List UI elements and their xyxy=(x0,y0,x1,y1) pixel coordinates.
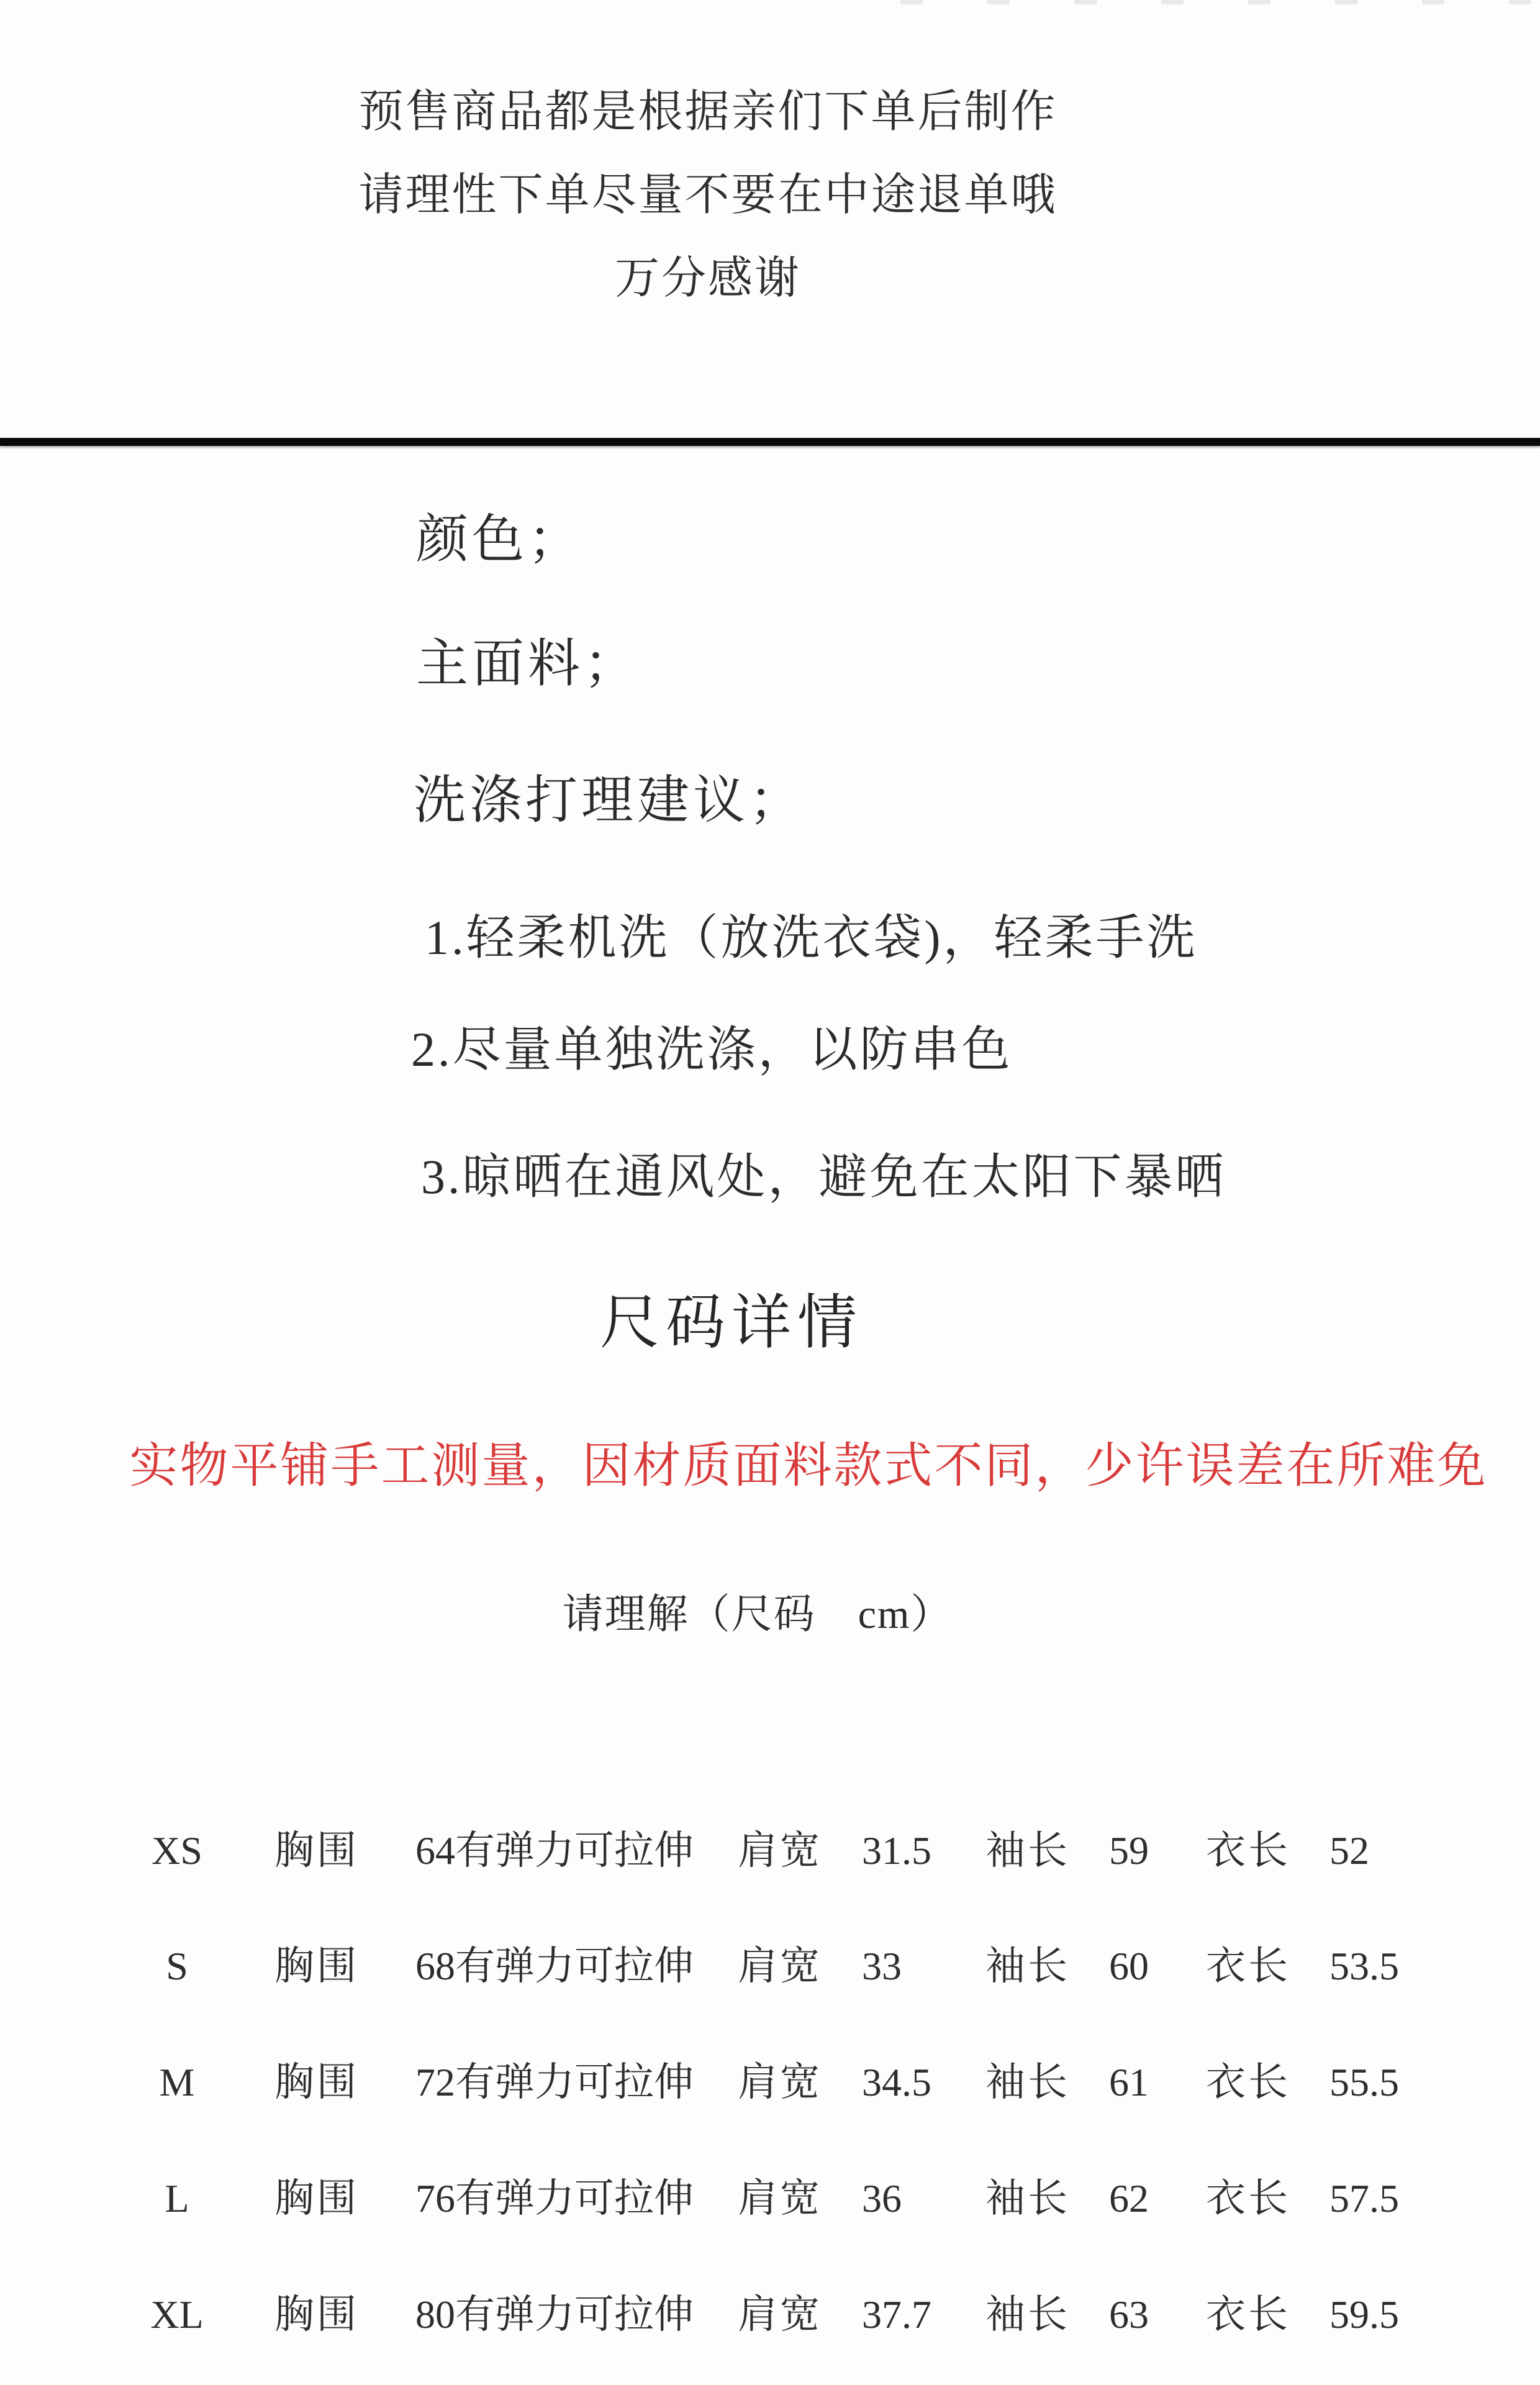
chest-value: 80有弹力可拉伸 xyxy=(415,2295,694,2335)
presale-notice-line-3: 万分感谢 xyxy=(0,237,1416,320)
presale-notice-line-1: 预售商品都是根据亲们下单后制作 xyxy=(0,70,1416,153)
shoulder-label: 肩宽 xyxy=(738,2063,822,2102)
shoulder-label: 肩宽 xyxy=(738,1947,822,1986)
chest-value: 72有弹力可拉伸 xyxy=(415,2063,694,2102)
chest-label: 胸围 xyxy=(274,2063,359,2102)
length-label: 衣长 xyxy=(1206,2179,1290,2219)
chest-value: 76有弹力可拉伸 xyxy=(415,2179,694,2219)
chest-label: 胸围 xyxy=(274,1947,359,1986)
fabric-label: 主面料； xyxy=(416,638,640,691)
length-label: 衣长 xyxy=(1206,2295,1290,2335)
product-detail-page: 预售商品都是根据亲们下单后制作 请理性下单尽量不要在中途退单哦 万分感谢 颜色；… xyxy=(0,0,1540,2385)
sleeve-label: 袖长 xyxy=(985,2295,1070,2335)
size-cell-size: M xyxy=(143,2063,211,2102)
size-detail-title: 尺码详情 xyxy=(0,1293,1463,1353)
size-unit-note: 请理解（尺码 cm） xyxy=(0,1594,1515,1635)
top-edge-artifact xyxy=(900,0,1540,4)
length-label: 衣长 xyxy=(1206,2063,1290,2102)
measurement-disclaimer: 实物平铺手工测量，因材质面料款式不同，少许误差在所难免 xyxy=(77,1442,1540,1490)
sleeve-value: 63 xyxy=(1109,2295,1149,2335)
chest-value: 68有弹力可拉伸 xyxy=(415,1947,694,1986)
length-label: 衣长 xyxy=(1206,1947,1290,1986)
sleeve-label: 袖长 xyxy=(985,1947,1070,1986)
size-table-row-xl: XL 胸围 80有弹力可拉伸 肩宽 37.7 袖长 63 衣长 59.5 xyxy=(0,2295,1540,2335)
size-table-row-m: M 胸围 72有弹力可拉伸 肩宽 34.5 袖长 61 衣长 55.5 xyxy=(0,2063,1540,2102)
shoulder-value: 37.7 xyxy=(862,2295,931,2335)
color-label: 颜色； xyxy=(416,514,584,566)
size-table-row-l: L 胸围 76有弹力可拉伸 肩宽 36 袖长 62 衣长 57.5 xyxy=(0,2179,1540,2219)
chest-label: 胸围 xyxy=(274,2179,359,2219)
shoulder-value: 34.5 xyxy=(862,2063,931,2102)
chest-value: 64有弹力可拉伸 xyxy=(415,1831,694,1871)
sleeve-value: 59 xyxy=(1109,1831,1149,1871)
length-value: 55.5 xyxy=(1329,2063,1399,2102)
sleeve-label: 袖长 xyxy=(985,1831,1070,1871)
length-value: 59.5 xyxy=(1329,2295,1399,2335)
shoulder-label: 肩宽 xyxy=(738,2295,822,2335)
care-guide-title: 洗涤打理建议； xyxy=(414,775,805,827)
size-table-row-xs: XS 胸围 64有弹力可拉伸 肩宽 31.5 袖长 59 衣长 52 xyxy=(0,1831,1540,1871)
care-item-1: 1.轻柔机洗（放洗衣袋)，轻柔手洗 xyxy=(425,914,1197,962)
care-item-3: 3.晾晒在通风处，避免在太阳下暴晒 xyxy=(421,1153,1226,1201)
size-cell-size: L xyxy=(143,2179,211,2219)
shoulder-value: 31.5 xyxy=(862,1831,931,1871)
length-value: 57.5 xyxy=(1329,2179,1399,2219)
length-value: 52 xyxy=(1329,1831,1369,1871)
care-item-2: 2.尽量单独洗涤，以防串色 xyxy=(411,1025,1013,1074)
shoulder-label: 肩宽 xyxy=(738,1831,822,1871)
sleeve-value: 61 xyxy=(1109,2063,1149,2102)
length-value: 53.5 xyxy=(1329,1947,1399,1986)
chest-label: 胸围 xyxy=(274,2295,359,2335)
length-label: 衣长 xyxy=(1206,1831,1290,1871)
presale-notice: 预售商品都是根据亲们下单后制作 请理性下单尽量不要在中途退单哦 万分感谢 xyxy=(0,70,1416,320)
size-table-row-s: S 胸围 68有弹力可拉伸 肩宽 33 袖长 60 衣长 53.5 xyxy=(0,1947,1540,1986)
size-cell-size: XL xyxy=(143,2295,211,2335)
sleeve-label: 袖长 xyxy=(985,2063,1070,2102)
chest-label: 胸围 xyxy=(274,1831,359,1871)
section-divider xyxy=(0,438,1540,446)
shoulder-label: 肩宽 xyxy=(738,2179,822,2219)
size-cell-size: S xyxy=(143,1947,211,1986)
shoulder-value: 36 xyxy=(862,2179,902,2219)
sleeve-label: 袖长 xyxy=(985,2179,1070,2219)
size-cell-size: XS xyxy=(143,1831,211,1871)
sleeve-value: 62 xyxy=(1109,2179,1149,2219)
shoulder-value: 33 xyxy=(862,1947,902,1986)
presale-notice-line-2: 请理性下单尽量不要在中途退单哦 xyxy=(0,153,1416,237)
sleeve-value: 60 xyxy=(1109,1947,1149,1986)
